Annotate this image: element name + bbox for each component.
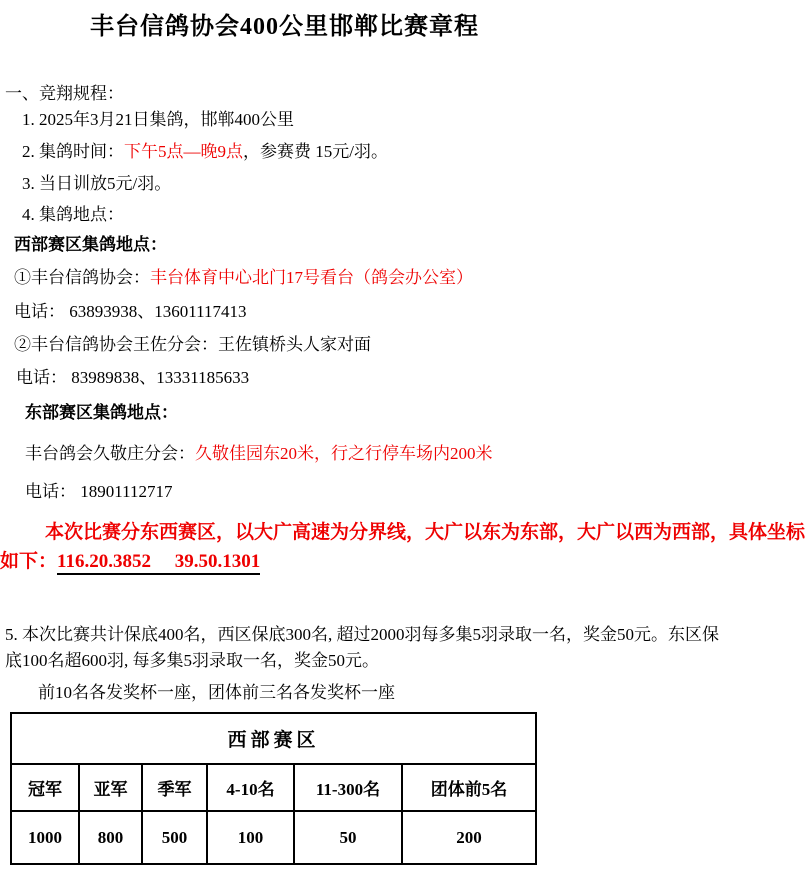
prize-header-champion: 冠军 bbox=[11, 764, 79, 811]
rule-item-2-highlight: 下午5点—晚9点 bbox=[124, 142, 243, 161]
prize-header-team-top5: 团体前5名 bbox=[402, 764, 536, 811]
rule-item-5: 5. 本次比赛共计保底400名，西区保底300名, 超过2000羽每多集5羽录取… bbox=[5, 622, 800, 674]
prize-header-runnerup: 亚军 bbox=[79, 764, 142, 811]
west-location-1-highlight: 丰台体育中心北门17号看台（鸽会办公室） bbox=[150, 268, 473, 287]
notice-line-1: 本次比赛分东西赛区，以大广高速为分界线，大广以东为东部，大广以西为西部，具体坐标 bbox=[45, 522, 805, 543]
prize-value-runnerup: 800 bbox=[79, 811, 142, 864]
east-phone-1: 电话： 18901112717 bbox=[25, 481, 173, 503]
east-location-1: 丰台鸽会久敬庄分会：久敬佳园东20米，行之行停车场内200米 bbox=[25, 443, 493, 465]
east-location-1-highlight: 久敬佳园东20米，行之行停车场内200米 bbox=[195, 444, 493, 463]
prize-header-4-10: 4-10名 bbox=[207, 764, 294, 811]
rule-item-3: 3. 当日训放5元/羽。 bbox=[22, 173, 171, 195]
zone-division-notice: 本次比赛分东西赛区，以大广高速为分界线，大广以东为东部，大广以西为西部，具体坐标… bbox=[0, 518, 806, 576]
prize-value-4-10: 100 bbox=[207, 811, 294, 864]
trophy-line: 前10名各发奖杯一座，团体前三名各发奖杯一座 bbox=[38, 682, 395, 704]
document-title: 丰台信鸽协会400公里邯郸比赛章程 bbox=[90, 6, 479, 41]
rule-item-2-suffix: ，参赛费 15元/羽。 bbox=[243, 142, 388, 161]
document-page: 丰台信鸽协会400公里邯郸比赛章程 一、竞翔规程： 1. 2025年3月21日集… bbox=[0, 0, 806, 874]
rule-item-5-line-1: 5. 本次比赛共计保底400名，西区保底300名, 超过2000羽每多集5羽录取… bbox=[5, 625, 719, 644]
west-phone-1: 电话： 63893938、13601117413 bbox=[14, 301, 247, 323]
notice-line-2-prefix: 如下： bbox=[0, 551, 57, 572]
prize-table: 西部赛区 冠军 亚军 季军 4-10名 11-300名 团体前5名 1000 8… bbox=[10, 712, 537, 865]
east-location-1-prefix: 丰台鸽会久敬庄分会： bbox=[25, 444, 195, 463]
west-location-1: ①丰台信鸽协会：丰台体育中心北门17号看台（鸽会办公室） bbox=[14, 267, 473, 289]
prize-value-team-top5: 200 bbox=[402, 811, 536, 864]
rule-item-5-line-2: 底100名超600羽, 每多集5羽录取一名，奖金50元。 bbox=[5, 651, 379, 670]
prize-value-champion: 1000 bbox=[11, 811, 79, 864]
west-location-1-prefix: ①丰台信鸽协会： bbox=[14, 268, 150, 287]
east-zone-heading: 东部赛区集鸽地点： bbox=[25, 402, 178, 424]
boundary-coordinates: 116.20.3852 39.50.1301 bbox=[57, 551, 260, 575]
prize-header-third: 季军 bbox=[142, 764, 207, 811]
rule-item-2-prefix: 2. 集鸽时间： bbox=[22, 142, 124, 161]
west-location-2: ②丰台信鸽协会王佐分会：王佐镇桥头人家对面 bbox=[14, 334, 371, 356]
rule-item-2: 2. 集鸽时间：下午5点—晚9点，参赛费 15元/羽。 bbox=[22, 141, 388, 163]
west-phone-2: 电话： 83989838、13331185633 bbox=[16, 367, 249, 389]
section1-heading: 一、竞翔规程： bbox=[5, 83, 124, 105]
prize-header-11-300: 11-300名 bbox=[294, 764, 402, 811]
rule-item-4: 4. 集鸽地点： bbox=[22, 204, 124, 226]
prize-table-region-title: 西部赛区 bbox=[11, 713, 536, 764]
prize-value-third: 500 bbox=[142, 811, 207, 864]
rule-item-1: 1. 2025年3月21日集鸽，邯郸400公里 bbox=[22, 109, 294, 131]
prize-value-11-300: 50 bbox=[294, 811, 402, 864]
west-zone-heading: 西部赛区集鸽地点： bbox=[14, 234, 167, 256]
